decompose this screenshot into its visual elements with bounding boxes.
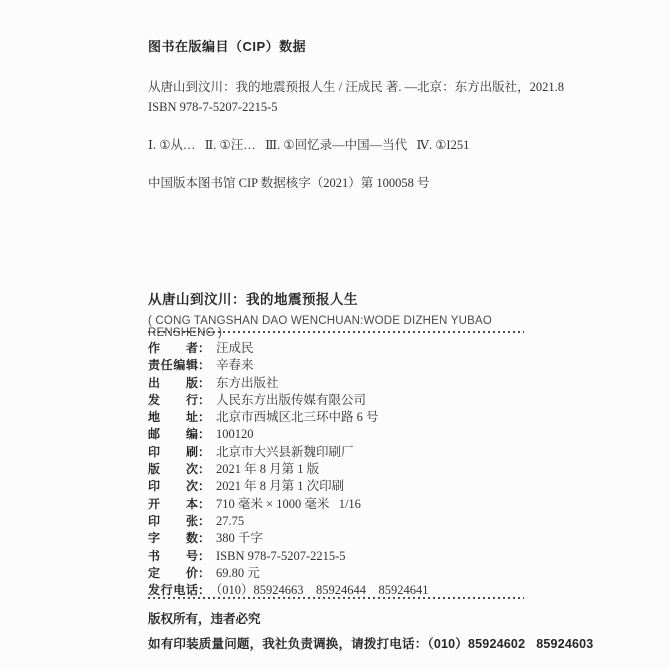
- publication-value: 100120: [216, 427, 254, 441]
- publication-value: （010）85924663 85924644 85924641: [216, 583, 429, 597]
- publication-row-editor: 责任编辑：辛春来: [148, 357, 588, 374]
- dotted-separator-bottom: [148, 597, 524, 599]
- book-title: 从唐山到汶川：我的地震预报人生: [148, 288, 528, 308]
- label-colon: ：: [198, 376, 210, 390]
- cip-classification-line: Ⅰ. ①从… Ⅱ. ①汪… Ⅲ. ①回忆录—中国—当代 Ⅳ. ①I251: [148, 135, 588, 153]
- label-colon: ：: [198, 566, 210, 580]
- publication-value: 380 千字: [216, 531, 263, 545]
- publication-row-sheets: 印张：27.75: [148, 513, 588, 530]
- publication-row-author: 作者：汪成民: [148, 340, 588, 357]
- publication-label: 开本: [148, 496, 198, 513]
- publication-value: 69.80 元: [216, 566, 260, 580]
- publication-label: 印刷: [148, 444, 198, 461]
- publication-info: 作者：汪成民 责任编辑：辛春来 出版：东方出版社 发行：人民东方出版传媒有限公司…: [148, 340, 588, 599]
- publication-row-edition: 版次：2021 年 8 月第 1 版: [148, 461, 588, 478]
- publication-value: 人民东方出版传媒有限公司: [216, 393, 366, 407]
- publication-value: 汪成民: [216, 341, 254, 355]
- publication-row-address: 地址：北京市西城区北三环中路 6 号: [148, 409, 588, 426]
- publication-value: 710 毫米 × 1000 毫米 1/16: [216, 497, 361, 511]
- label-colon: ：: [198, 445, 210, 459]
- label-colon: ：: [198, 531, 210, 545]
- publication-label: 发行: [148, 392, 198, 409]
- dotted-separator-top: [148, 331, 524, 333]
- publication-label: 作者: [148, 340, 198, 357]
- publication-value: 北京市西城区北三环中路 6 号: [216, 410, 379, 424]
- publication-row-postcode: 邮编：100120: [148, 426, 588, 443]
- footer-notices: 版权所有，违者必究 如有印装质量问题，我社负责调换，请拨打电话：（010）859…: [148, 609, 628, 652]
- publication-label: 版次: [148, 461, 198, 478]
- publication-value: 东方出版社: [216, 376, 279, 390]
- quality-notice: 如有印装质量问题，我社负责调换，请拨打电话：（010）85924602 8592…: [148, 634, 628, 652]
- publication-row-impression: 印次：2021 年 8 月第 1 次印刷: [148, 478, 588, 495]
- publication-value: 2021 年 8 月第 1 次印刷: [216, 479, 344, 493]
- label-colon: ：: [198, 462, 210, 476]
- label-colon: ：: [198, 410, 210, 424]
- label-colon: ：: [198, 358, 210, 372]
- publication-row-price: 定价：69.80 元: [148, 565, 588, 582]
- label-colon: ：: [198, 479, 210, 493]
- publication-label: 出版: [148, 375, 198, 392]
- publication-label: 字数: [148, 530, 198, 547]
- cip-book-line: 从唐山到汶川：我的地震预报人生 / 汪成民 著. —北京：东方出版社，2021.…: [148, 77, 588, 97]
- label-colon: ：: [198, 497, 210, 511]
- book-copyright-page: 图书在版编目（CIP）数据 从唐山到汶川：我的地震预报人生 / 汪成民 著. —…: [0, 0, 670, 670]
- publication-value: 2021 年 8 月第 1 版: [216, 462, 319, 476]
- label-colon: ：: [198, 549, 210, 563]
- publication-row-isbn: 书号：ISBN 978-7-5207-2215-5: [148, 548, 588, 565]
- publication-value: 27.75: [216, 514, 244, 528]
- publication-label: 责任编辑: [148, 357, 198, 374]
- label-colon: ：: [198, 341, 210, 355]
- publication-row-wordcount: 字数：380 千字: [148, 530, 588, 547]
- publication-label: 书号: [148, 548, 198, 565]
- publication-value: ISBN 978-7-5207-2215-5: [216, 549, 346, 563]
- copyright-notice: 版权所有，违者必究: [148, 609, 628, 627]
- publication-row-distributor: 发行：人民东方出版传媒有限公司: [148, 392, 588, 409]
- publication-row-printer: 印刷：北京市大兴县新魏印刷厂: [148, 444, 588, 461]
- cip-record-line: 中国版本图书馆 CIP 数据核字（2021）第 100058 号: [148, 173, 588, 191]
- cip-header: 图书在版编目（CIP）数据: [148, 36, 588, 55]
- publication-label: 地址: [148, 409, 198, 426]
- publication-label: 印张: [148, 513, 198, 530]
- label-colon: ：: [198, 514, 210, 528]
- cip-isbn-line: ISBN 978-7-5207-2215-5: [148, 97, 588, 117]
- publication-label: 邮编: [148, 426, 198, 443]
- publication-value: 辛春来: [216, 358, 254, 372]
- publication-label: 印次: [148, 478, 198, 495]
- publication-label: 定价: [148, 565, 198, 582]
- cip-block: 图书在版编目（CIP）数据 从唐山到汶川：我的地震预报人生 / 汪成民 著. —…: [148, 36, 588, 191]
- label-colon: ：: [198, 393, 210, 407]
- publication-row-format: 开本：710 毫米 × 1000 毫米 1/16: [148, 496, 588, 513]
- book-title-pinyin: ( CONG TANGSHAN DAO WENCHUAN:WODE DIZHEN…: [148, 315, 528, 339]
- publication-row-publisher: 出版：东方出版社: [148, 375, 588, 392]
- label-colon: ：: [198, 427, 210, 441]
- publication-value: 北京市大兴县新魏印刷厂: [216, 445, 354, 459]
- label-colon: ：: [198, 583, 210, 597]
